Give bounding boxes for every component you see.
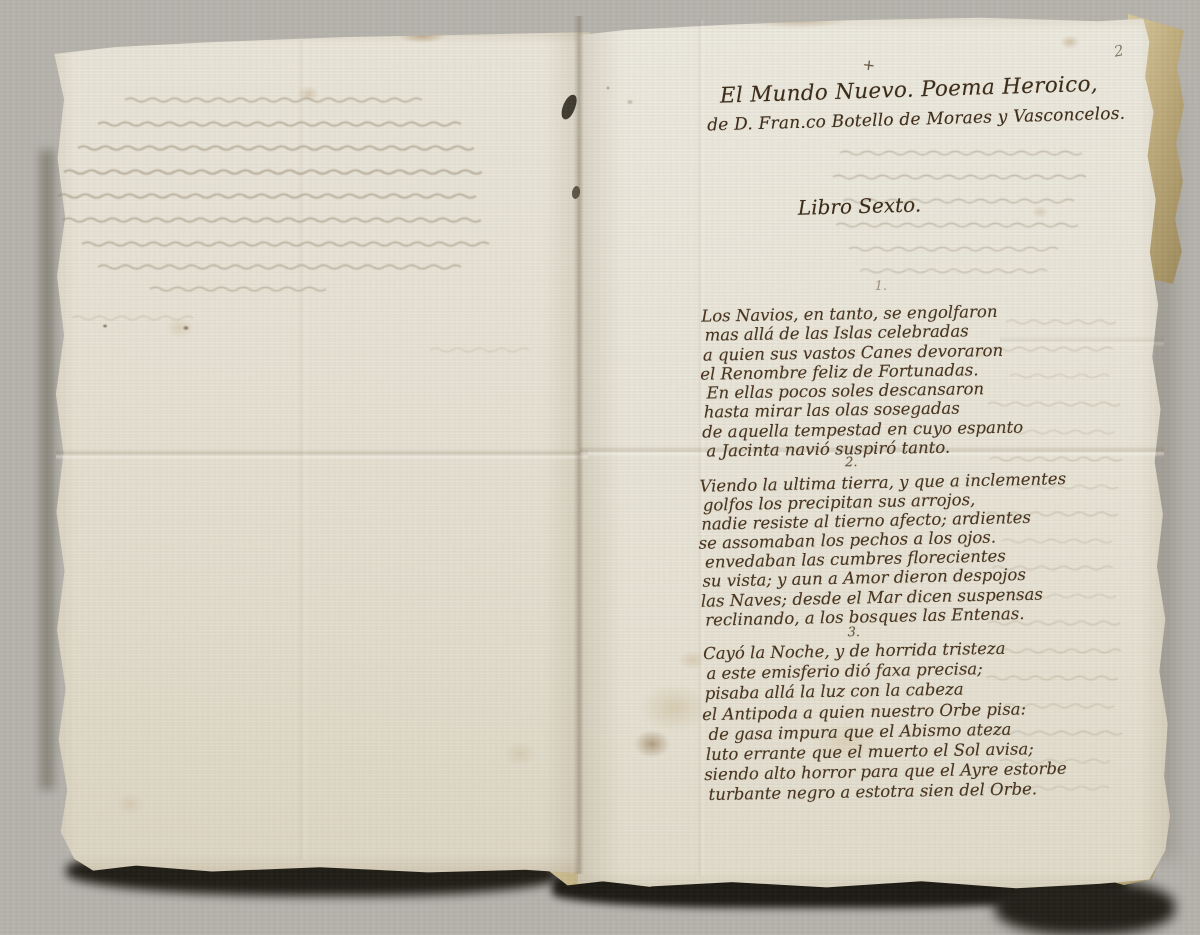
manuscript-photo: 2 + El Mundo Nuevo. Poema Heroico, de D.… [0,0,1200,935]
stanza-number: 1. [874,279,887,294]
stanza-number: 3. [848,625,861,640]
cross-mark: + [861,55,876,74]
stanza: Viendo la ultima tierra, y que a incleme… [699,469,1069,629]
stanza: Cayó la Noche, y de horrida tristeza a e… [703,638,1067,806]
stanza-number: 2. [845,455,858,470]
stanza: Los Navios, en tanto, se engolfaron mas … [701,302,1023,461]
poem-text-block: + El Mundo Nuevo. Poema Heroico, de D. F… [574,13,1174,892]
poem-title-line2: de D. Fran.co Botello de Moraes y Vascon… [707,104,1126,136]
page-shadow [40,150,54,790]
poem-title-line1: El Mundo Nuevo. Poema Heroico, [720,72,1099,109]
left-page [50,32,590,874]
book-heading: Libro Sexto. [798,193,922,220]
poem-line: a Jacinta navió suspiró tanto. [706,437,1023,461]
